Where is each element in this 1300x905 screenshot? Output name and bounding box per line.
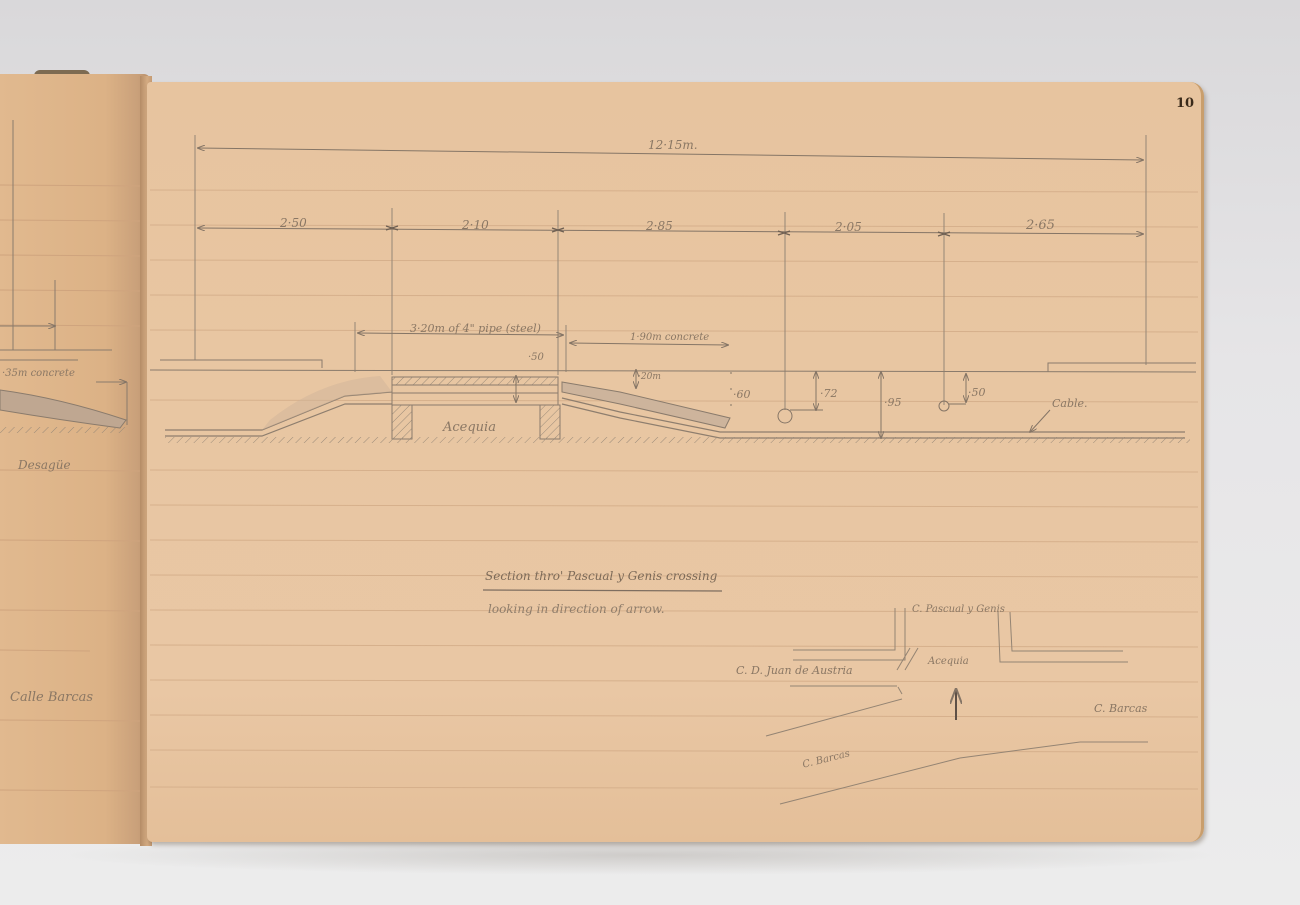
concrete-thickness-label: ·20m [638, 372, 661, 382]
segment-dimension-2: 2·10 [462, 218, 489, 232]
acequia-plan-label: Acequia [928, 656, 969, 667]
street-label-barcas-right: C. Barcas [1094, 702, 1147, 715]
segment-dimension-4: 2·05 [835, 220, 862, 234]
depth-label-50: ·50 [968, 386, 986, 399]
cable-label: Cable. [1052, 397, 1088, 410]
desague-label: Desagüe [18, 458, 71, 472]
pipe-length-label: 3·20m of 4" pipe (steel) [410, 322, 541, 335]
acequia-channel-label: Acequia [443, 420, 496, 435]
pipe-cover-label: ·50 [528, 352, 544, 363]
ruled-lines [150, 190, 1198, 789]
section-caption-title: Section thro' Pascual y Genis crossing [485, 569, 717, 583]
calle-barcas-label: Calle Barcas [10, 690, 93, 705]
notebook-photo: 10 12·15m. 2·50 2·10 2·85 2·05 2·65 3·20… [0, 0, 1300, 905]
segment-dimension-1: 2·50 [280, 216, 307, 230]
street-label-juan-de-austria: C. D. Juan de Austria [736, 664, 853, 677]
pencil-drawing [0, 0, 1300, 905]
overall-dimension-label: 12·15m. [648, 138, 698, 152]
depth-label-95: ·95 [884, 396, 902, 409]
segment-dimension-5: 2·65 [1026, 218, 1055, 233]
segment-dimension-3: 2·85 [646, 219, 673, 233]
street-label-pascual-y-genis: C. Pascual y Genis [912, 604, 1005, 615]
section-caption-subtitle: looking in direction of arrow. [488, 602, 665, 616]
page-number: 10 [1176, 96, 1194, 111]
depth-label-72: ·72 [820, 387, 838, 400]
depth-label-60: ·60 [733, 388, 751, 401]
left-concrete-label: ·35m concrete [2, 368, 75, 379]
concrete-length-label: 1·90m concrete [630, 332, 709, 343]
